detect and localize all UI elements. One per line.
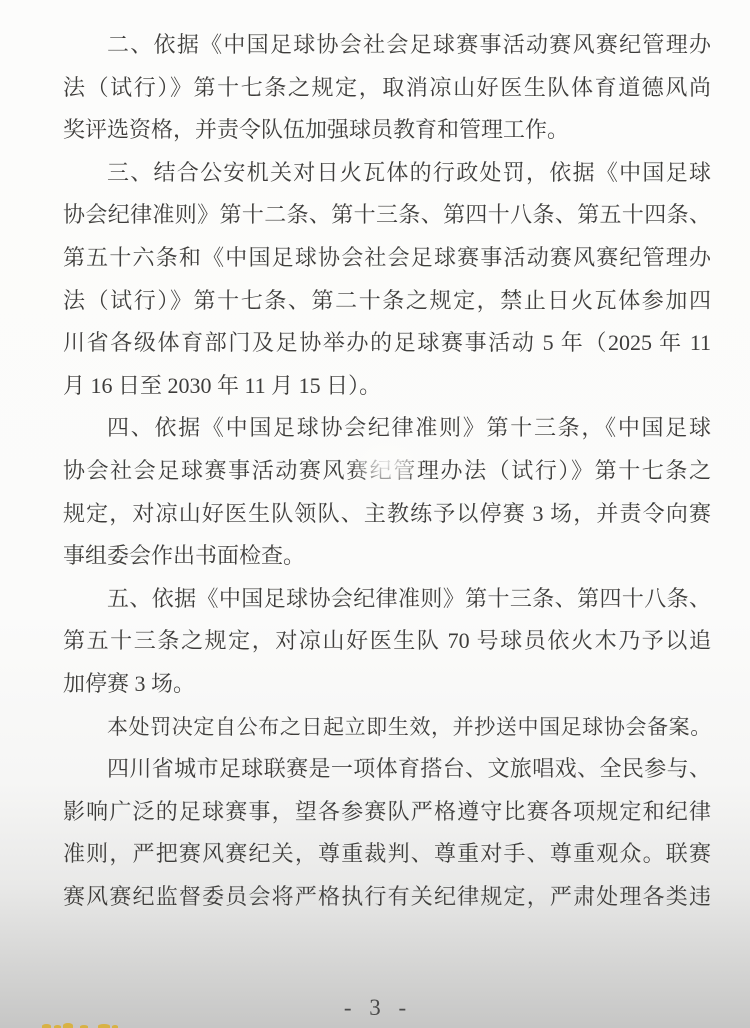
text-line: 二、依据《中国足球协会社会足球赛事活动赛风赛纪管理办 bbox=[63, 24, 711, 67]
gold-emblem-fragment bbox=[42, 1024, 51, 1028]
text-line: 第五十六条和《中国足球协会社会足球赛事活动赛风赛纪管理办 bbox=[63, 237, 711, 280]
page-number: - 3 - bbox=[0, 995, 750, 1021]
text-line: 协会纪律准则》第十二条、第十三条、第四十八条、第五十四条、 bbox=[63, 194, 711, 237]
gold-emblem-fragment bbox=[63, 1023, 73, 1028]
document-body: 二、依据《中国足球协会社会足球赛事活动赛风赛纪管理办法（试行）》第十七条之规定，… bbox=[63, 24, 711, 918]
text-line: 法（试行）》第十七条、第二十条之规定，禁止日火瓦体参加四 bbox=[63, 280, 711, 323]
text-line: 奖评选资格，并责令队伍加强球员教育和管理工作。 bbox=[63, 109, 711, 152]
text-line: 四、依据《中国足球协会纪律准则》第十三条，《中国足球 bbox=[63, 407, 711, 450]
text-line: 本处罚决定自公布之日起立即生效，并抄送中国足球协会备案。 bbox=[63, 706, 711, 749]
text-line: 准则，严把赛风赛纪关，尊重裁判、尊重对手、尊重观众。联赛 bbox=[63, 833, 711, 876]
text-line: 事组委会作出书面检查。 bbox=[63, 535, 711, 578]
bottom-edge-emblem-fragments bbox=[0, 1020, 200, 1028]
scanned-document-screenshot: { "document": { "paragraphs": [ { "lines… bbox=[0, 0, 750, 1028]
document-page: 二、依据《中国足球协会社会足球赛事活动赛风赛纪管理办法（试行）》第十七条之规定，… bbox=[0, 0, 750, 1028]
gold-emblem-fragment bbox=[98, 1024, 110, 1028]
text-line: 法（试行）》第十七条之规定，取消凉山好医生队体育道德风尚 bbox=[63, 67, 711, 110]
text-line: 影响广泛的足球赛事，望各参赛队严格遵守比赛各项规定和纪律 bbox=[63, 791, 711, 834]
text-line: 三、结合公安机关对日火瓦体的行政处罚，依据《中国足球 bbox=[63, 152, 711, 195]
text-line: 规定，对凉山好医生队领队、主教练予以停赛 3 场，并责令向赛 bbox=[63, 493, 711, 536]
text-line: 月 16 日至 2030 年 11 月 15 日）。 bbox=[63, 365, 711, 408]
text-line: 赛风赛纪监督委员会将严格执行有关纪律规定，严肃处理各类违 bbox=[63, 876, 711, 919]
text-line: 第五十三条之规定，对凉山好医生队 70 号球员依火木乃予以追 bbox=[63, 620, 711, 663]
text-line: 四川省城市足球联赛是一项体育搭台、文旅唱戏、全民参与、 bbox=[63, 748, 711, 791]
text-line: 加停赛 3 场。 bbox=[63, 663, 711, 706]
text-line: 五、依据《中国足球协会纪律准则》第十三条、第四十八条、 bbox=[63, 578, 711, 621]
text-line: 川省各级体育部门及足协举办的足球赛事活动 5 年（2025 年 11 bbox=[63, 322, 711, 365]
text-line: 协会社会足球赛事活动赛风赛纪管理办法（试行）》第十七条之 bbox=[63, 450, 711, 493]
